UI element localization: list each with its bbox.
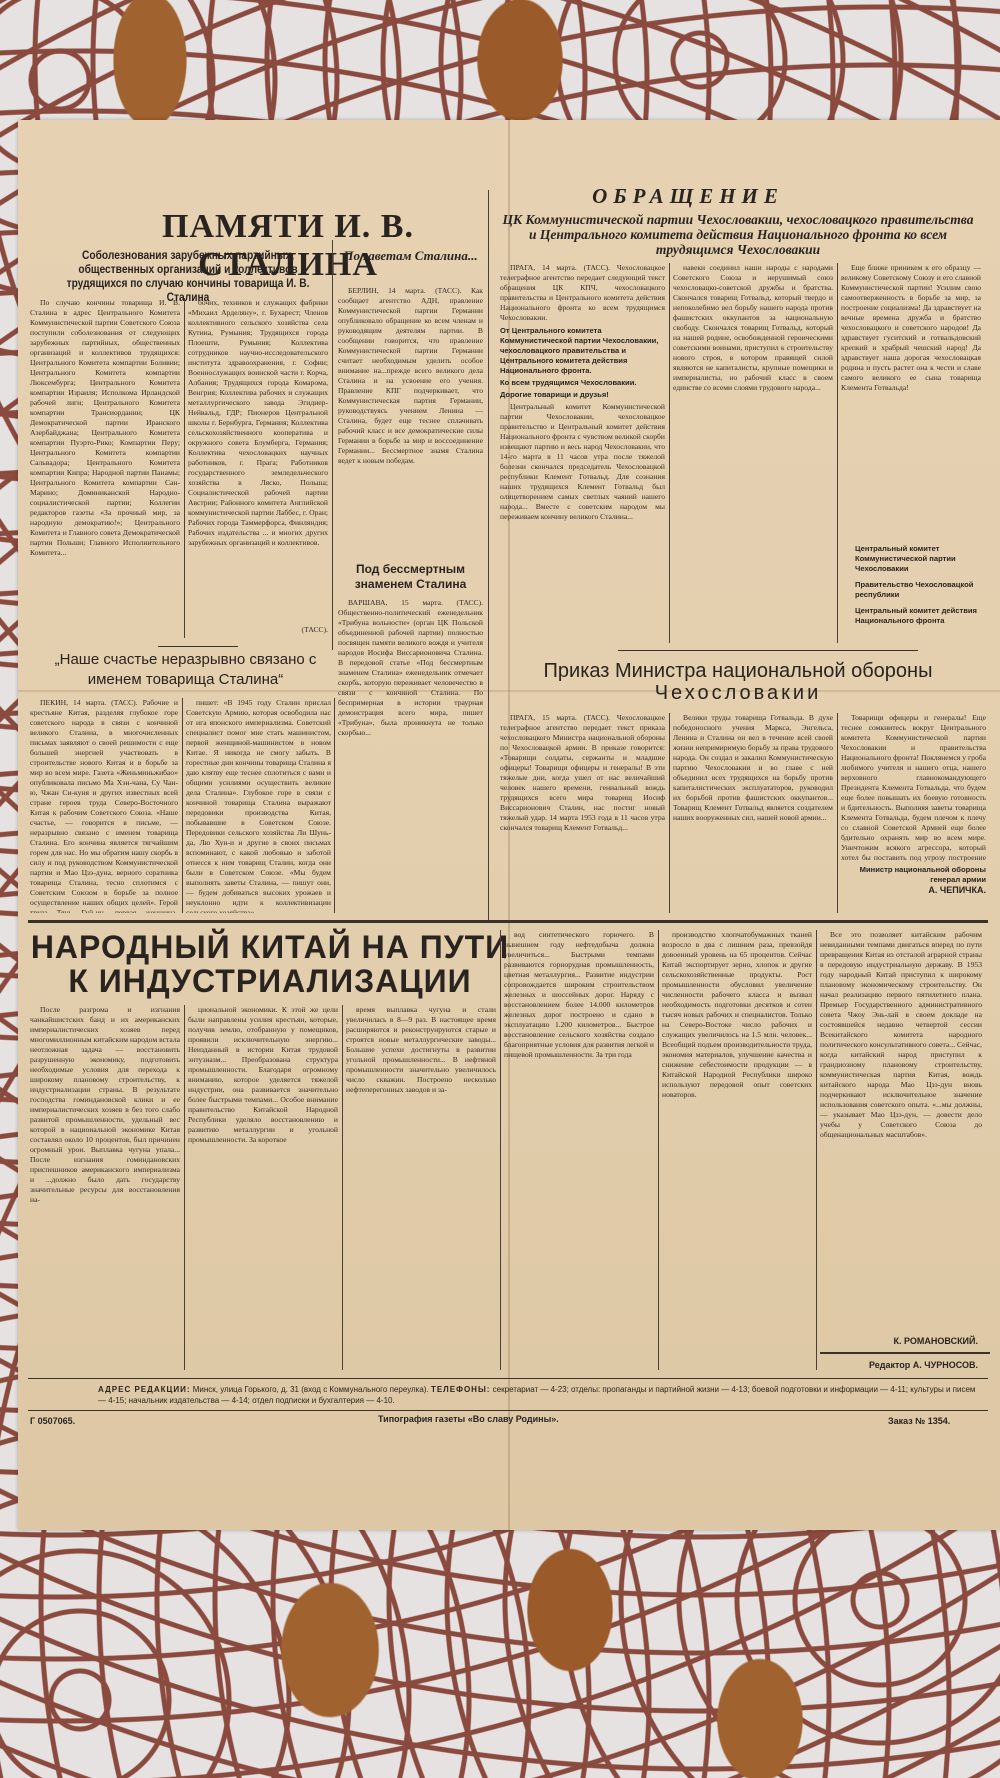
article-text: навеки соединил наши народы с народами С… [673, 263, 833, 393]
printer-name: Типография газеты «Во славу Родины». [378, 1414, 559, 1424]
article-text: ПРАГА, 15 марта. (ТАСС). Чехословацкое т… [500, 713, 665, 833]
article-text: ПЕКИН, 14 марта. (ТАСС). Рабочие и крест… [30, 698, 178, 913]
article-author: К. РОМАНОВСКИЙ. [820, 1336, 978, 1346]
article-text: бочих, техников и служащих фабрики «Миха… [188, 298, 328, 548]
article-text: По случаю кончины товарища И. В. Сталина… [30, 298, 180, 558]
column-divider [342, 1005, 343, 1370]
appeal-bold-intro: От Центрального комитета Коммунистическо… [500, 326, 665, 376]
warsaw-article-headline: Под бессмертным знаменем Сталина [338, 562, 483, 592]
editorial-address: АДРЕС РЕДАКЦИИ: Минск, улица Горького, д… [98, 1384, 978, 1406]
article-text: производство хлопчатобумажных тканей воз… [662, 930, 812, 1100]
censor-code: Г 0507065. [30, 1416, 75, 1426]
column-divider [500, 930, 501, 1370]
article-text: Еще ближе приникем к его образцу — велик… [841, 263, 981, 393]
phones-text-1: секретариат — 4-23; отделы: пропаганды и… [493, 1385, 908, 1394]
berlin-article-body: БЕРЛИН, 14 марта. (ТАСС). Как сообщает а… [338, 286, 483, 556]
minister-name: А. ЧЕПИЧКА. [841, 885, 986, 895]
article-text: Товарищи офицеры и генералы! Еще теснее … [841, 713, 986, 863]
minister-title: Министр национальной обороны генерал арм… [841, 865, 986, 885]
china-industry-headline-2: К ИНДУСТРИАЛИЗАЦИИ [30, 964, 510, 998]
tass-signature: (ТАСС). [288, 625, 328, 635]
appeal-col2: навеки соединил наши народы с народами С… [673, 263, 833, 643]
china-industry-col5: производство хлопчатобумажных тканей воз… [662, 930, 812, 1370]
newspaper-page: ПАМЯТИ И. В. СТАЛИНА Соболезнования зару… [18, 120, 1000, 1530]
address-text: Минск, улица Горького, д. 31 (вход с Ком… [193, 1385, 429, 1394]
china-industry-col3: время выплавка чугуна и стали увеличилас… [346, 1005, 496, 1370]
column-divider [488, 190, 489, 920]
appeal-subheadline: ЦК Коммунистической партии Чехословакии,… [498, 212, 978, 257]
column-divider [669, 713, 670, 913]
appeal-greeting: Дорогие товарищи и друзья! [500, 390, 665, 400]
article-text: Центральный комитет Коммунистической пар… [500, 402, 665, 522]
article-text: пишет: «В 1945 году Сталин прислал Совет… [186, 698, 331, 913]
article-text: время выплавка чугуна и стали увеличилас… [346, 1005, 496, 1095]
china-industry-col2: циональной экономики. К этой же цели был… [188, 1005, 338, 1370]
column-divider [669, 263, 670, 643]
china-industry-col1: После разгрома и изгнания чанкайшистских… [30, 1005, 180, 1370]
column-divider [184, 1005, 185, 1370]
order-number: Заказ № 1354. [888, 1416, 950, 1426]
stalin-condolences-col1: По случаю кончины товарища И. В. Сталина… [30, 298, 180, 638]
column-divider [184, 298, 185, 638]
china-industry-col6: Все это позволяет китайским рабочим неви… [820, 930, 982, 1335]
phones-label: ТЕЛЕФОНЫ: [431, 1385, 491, 1394]
defense-order-headline-2: Чехословакии [498, 682, 978, 704]
article-text: После разгрома и изгнания чанкайшистских… [30, 1005, 180, 1205]
china-stalin-col2: пишет: «В 1945 году Сталин прислал Совет… [186, 698, 331, 913]
appeal-headline: ОБРАЩЕНИЕ [498, 184, 878, 209]
column-divider [837, 713, 838, 913]
column-divider [837, 263, 838, 643]
appeal-col3: Еще ближе приникем к его образцу — велик… [841, 263, 981, 643]
stalin-memorial-subheadline: Соболезнования зарубежных партийных, общ… [61, 248, 316, 304]
berlin-article-headline: По заветам Сталина... [338, 248, 483, 264]
column-divider [658, 930, 659, 1370]
warsaw-article-body: ВАРШАВА, 15 марта. (ТАСС). Общественно-п… [338, 598, 483, 928]
column-divider [182, 698, 183, 913]
appeal-signature-1: Центральный комитет Коммунистической пар… [841, 544, 981, 574]
china-stalin-col1: ПЕКИН, 14 марта. (ТАСС). Рабочие и крест… [30, 698, 178, 913]
editor-name: Редактор А. ЧУРНОСОВ. [820, 1360, 978, 1370]
defense-order-col3: Товарищи офицеры и генералы! Еще теснее … [841, 713, 986, 913]
address-label: АДРЕС РЕДАКЦИИ: [98, 1385, 190, 1394]
column-divider [816, 930, 817, 1370]
page-divider [28, 920, 988, 923]
footer-rule-top [28, 1378, 988, 1379]
appeal-dateline: ПРАГА, 14 марта. (ТАСС). Чехословацкое т… [500, 263, 665, 323]
section-rule [618, 650, 918, 651]
footer-rule-bottom [28, 1410, 988, 1411]
article-text: БЕРЛИН, 14 марта. (ТАСС). Как сообщает а… [338, 286, 483, 466]
article-text: Велики труды товарища Готвальда. В духе … [673, 713, 833, 823]
china-industry-col4: вод синтетического горючего. В нынешнем … [504, 930, 654, 1370]
short-rule [158, 646, 238, 647]
china-industry-headline-1: НАРОДНЫЙ КИТАЙ НА ПУТИ [30, 930, 510, 964]
article-text: Все это позволяет китайским рабочим неви… [820, 930, 982, 1140]
column-divider [334, 698, 335, 913]
appeal-bold-address: Ко всем трудящимся Чехословакии. [500, 378, 665, 388]
article-text: циональной экономики. К этой же цели был… [188, 1005, 338, 1145]
stalin-condolences-col2: бочих, техников и служащих фабрики «Миха… [188, 298, 328, 623]
defense-order-headline-1: Приказ Министра национальной обороны [498, 660, 978, 682]
appeal-signature-2: Правительство Чехословацкой республики [841, 580, 981, 600]
defense-order-col2: Велики труды товарища Готвальда. В духе … [673, 713, 833, 913]
author-rule [820, 1352, 990, 1354]
china-stalin-headline: „Наше счастье неразрывно связано с имене… [38, 650, 333, 690]
defense-order-col1: ПРАГА, 15 марта. (ТАСС). Чехословацкое т… [500, 713, 665, 913]
column-divider [332, 240, 333, 650]
article-text: вод синтетического горючего. В нынешнем … [504, 930, 654, 1060]
appeal-col1: ПРАГА, 14 марта. (ТАСС). Чехословацкое т… [500, 263, 665, 643]
article-text: ВАРШАВА, 15 марта. (ТАСС). Общественно-п… [338, 598, 483, 738]
appeal-signature-3: Центральный комитет действия Национально… [841, 606, 981, 626]
